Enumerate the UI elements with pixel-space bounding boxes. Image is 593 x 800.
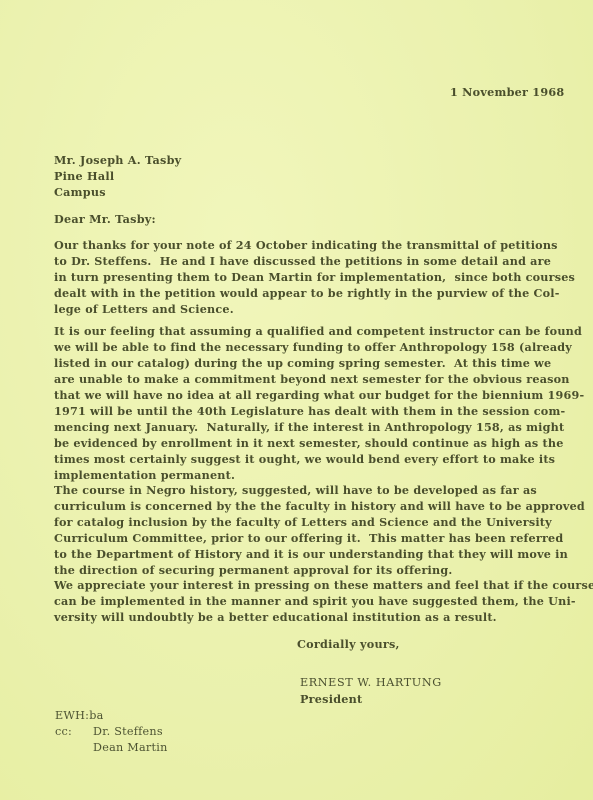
paragraph-line: for catalog inclusion by the faculty of …	[54, 514, 585, 530]
recipient-address: Mr. Joseph A. Tasby Pine Hall Campus	[54, 152, 181, 200]
paragraph-line: we will be able to find the necessary fu…	[54, 339, 584, 355]
paragraph-line: be evidenced by enrollment in it next se…	[54, 435, 584, 451]
cc-recipient: Dr. Steffens	[93, 724, 168, 740]
paragraph-line: versity will undoubtly be a better educa…	[54, 609, 593, 625]
paragraph-line: implementation permanent.	[54, 467, 584, 483]
signature-name: ERNEST W. HARTUNG	[300, 675, 442, 691]
cc-label: cc:	[55, 724, 72, 740]
paragraph-line: mencing next January. Naturally, if the …	[54, 419, 584, 435]
paragraph-line: lege of Letters and Science.	[54, 301, 575, 317]
paragraph-line: 1971 will be until the 40th Legislature …	[54, 403, 584, 419]
recipient-address-line-2: Campus	[54, 184, 181, 200]
paragraph-2: It is our feeling that assuming a qualif…	[54, 323, 584, 483]
paragraph-line: the direction of securing permanent appr…	[54, 562, 585, 578]
recipient-name: Mr. Joseph A. Tasby	[54, 152, 181, 168]
paragraph-line: dealt with in the petition would appear …	[54, 285, 575, 301]
paragraph-line: Our thanks for your note of 24 October i…	[54, 237, 575, 253]
cc-recipients: Dr. Steffens Dean Martin	[93, 724, 168, 756]
paragraph-line: We appreciate your interest in pressing …	[54, 577, 593, 593]
paragraph-line: to Dr. Steffens. He and I have discussed…	[54, 253, 575, 269]
typist-initials: EWH:ba	[55, 708, 104, 724]
signature-title: President	[300, 691, 362, 707]
letter-page: 1 November 1968 Mr. Joseph A. Tasby Pine…	[0, 0, 593, 800]
paragraph-line: are unable to make a commitment beyond n…	[54, 371, 584, 387]
paragraph-line: curriculum is concerned by the the facul…	[54, 498, 585, 514]
paragraph-line: in turn presenting them to Dean Martin f…	[54, 269, 575, 285]
paragraph-line: It is our feeling that assuming a qualif…	[54, 323, 584, 339]
cc-recipient: Dean Martin	[93, 740, 168, 756]
paragraph-line: Curriculum Committee, prior to our offer…	[54, 530, 585, 546]
closing: Cordially yours,	[297, 636, 400, 652]
paragraph-1: Our thanks for your note of 24 October i…	[54, 237, 575, 317]
letter-date: 1 November 1968	[450, 84, 564, 100]
paragraph-line: that we will have no idea at all regardi…	[54, 387, 584, 403]
paragraph-3: The course in Negro history, suggested, …	[54, 482, 585, 578]
paragraph-line: can be implemented in the manner and spi…	[54, 593, 593, 609]
paragraph-4: We appreciate your interest in pressing …	[54, 577, 593, 625]
salutation: Dear Mr. Tasby:	[54, 211, 156, 227]
paragraph-line: listed in our catalog) during the up com…	[54, 355, 584, 371]
recipient-address-line-1: Pine Hall	[54, 168, 181, 184]
paragraph-line: The course in Negro history, suggested, …	[54, 482, 585, 498]
paragraph-line: to the Department of History and it is o…	[54, 546, 585, 562]
paragraph-line: times most certainly suggest it ought, w…	[54, 451, 584, 467]
